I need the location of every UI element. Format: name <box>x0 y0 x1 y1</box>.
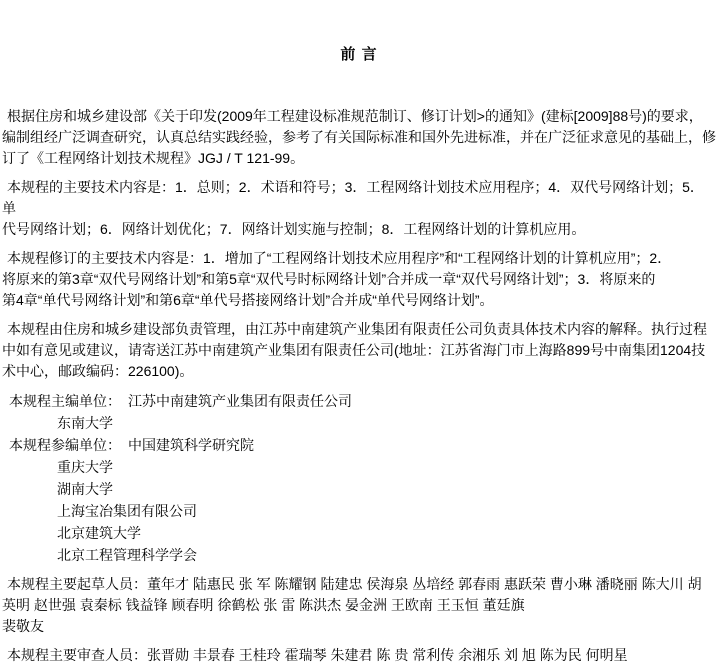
chief-editor-unit: 东南大学 <box>2 412 716 434</box>
chief-editor-label: 本规程主编单位： <box>9 393 121 409</box>
participant-unit: 重庆大学 <box>2 456 716 478</box>
participant-units-line: 本规程参编单位：中国建筑科学研究院 <box>2 434 716 456</box>
chief-editor-line: 本规程主编单位：江苏中南建筑产业集团有限责任公司 <box>2 390 716 412</box>
paragraph-basis: 根据住房和城乡建设部《关于印发(2009年工程建设标准规范制订、修订计划>的通知… <box>2 106 716 169</box>
paragraph-reviewers: 本规程主要审查人员：张晋勋 丰景春 王桂玲 霍瑞琴 朱建君 陈 贵 常利传 余湘… <box>2 645 716 666</box>
participant-units-label: 本规程参编单位： <box>9 437 121 453</box>
participant-unit: 北京工程管理科学学会 <box>2 544 716 566</box>
paragraph-revision-contents: 本规程修订的主要技术内容是：1．增加了“工程网络计划技术应用程序”和“工程网络计… <box>2 248 716 311</box>
participant-unit: 湖南大学 <box>2 478 716 500</box>
participant-unit: 北京建筑大学 <box>2 522 716 544</box>
editing-units-block: 本规程主编单位：江苏中南建筑产业集团有限责任公司 东南大学 本规程参编单位：中国… <box>2 390 716 566</box>
paragraph-drafters: 本规程主要起草人员：董年才 陆惠民 张 军 陈耀钢 陆建忠 侯海泉 丛培经 郭春… <box>2 574 716 637</box>
participant-unit: 上海宝冶集团有限公司 <box>2 500 716 522</box>
paragraph-management: 本规程由住房和城乡建设部负责管理，由江苏中南建筑产业集团有限责任公司负责具体技术… <box>2 319 716 382</box>
chief-editor-unit: 江苏中南建筑产业集团有限责任公司 <box>128 393 352 409</box>
participant-unit: 中国建筑科学研究院 <box>128 437 254 453</box>
page-title: 前 言 <box>2 46 716 63</box>
paragraph-main-contents: 本规程的主要技术内容是：1．总则；2．术语和符号；3．工程网络计划技术应用程序；… <box>2 177 716 240</box>
document-page: 前 言 根据住房和城乡建设部《关于印发(2009年工程建设标准规范制订、修订计划… <box>0 46 720 666</box>
